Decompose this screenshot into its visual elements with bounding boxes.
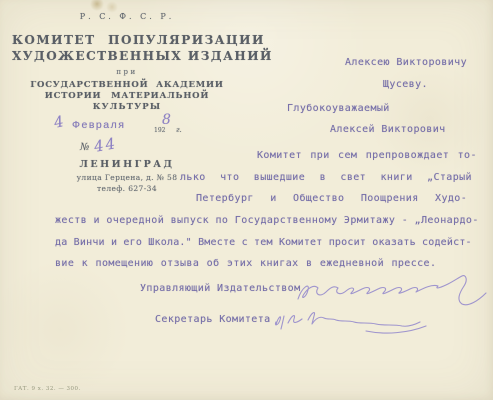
- recipient-name-line2: Щусеву.: [383, 79, 428, 90]
- body-line: лько что вышедшие в свет книги „Старый: [180, 172, 472, 183]
- academy-line2: ИСТОРИИ МАТЕРИАЛЬНОЙ: [12, 91, 242, 101]
- secretary-signature: [268, 306, 436, 338]
- pri-label: при: [12, 68, 242, 76]
- committee-name-line2: ХУДОЖЕСТВЕННЫХ ИЗДАНИЙ: [12, 49, 242, 63]
- body-line: да Винчи и его Школа." Вместе с тем Коми…: [55, 237, 472, 248]
- city-line: ЛЕНИНГРАД: [12, 159, 242, 170]
- number-sign: №: [80, 142, 89, 153]
- scanned-letter-page: Р. С. Ф. С. Р. КОМИТЕТ ПОПУЛЯРИЗАЦИИ ХУД…: [0, 0, 493, 400]
- academy-line1: ГОСУДАРСТВЕННОЙ АКАДЕМИИ: [12, 80, 242, 90]
- rsfsr-line: Р. С. Ф. С. Р.: [12, 12, 242, 21]
- phone-line: телеф. 627-34: [12, 184, 242, 193]
- body-line: Петербург и Общество Поощрения Худо-: [196, 193, 467, 204]
- manager-signature: [280, 272, 492, 310]
- committee-name-line1: КОМИТЕТ ПОПУЛЯРИЗАЦИИ: [12, 33, 242, 47]
- body-line: вие к помещению отзыва об этих книгах в …: [55, 258, 436, 269]
- body-line: Комитет при сем препровождает то-: [257, 150, 477, 161]
- body-line: жеств и очередной выпуск по Государствен…: [55, 215, 479, 226]
- handwritten-year-digit: 8: [162, 112, 171, 128]
- printers-mark: ГАТ. 9 х. 32. — 300.: [14, 386, 81, 392]
- salutation-line2: Алексей Викторович: [330, 124, 446, 135]
- recipient-name-line1: Алексею Викторовичу: [345, 57, 467, 68]
- year-suffix: г.: [176, 126, 182, 134]
- manager-title-label: Управляющий Издательством: [140, 283, 301, 294]
- salutation-line1: Глубокоуважаемый: [287, 103, 390, 114]
- month-stamp: Февраля: [72, 119, 125, 131]
- printed-year-prefix: 192: [154, 127, 165, 134]
- handwritten-day: 4: [52, 112, 65, 132]
- handwritten-number: 44: [93, 134, 119, 156]
- secretary-title-label: Секретарь Комитета: [155, 314, 271, 325]
- academy-line3: КУЛЬТУРЫ: [12, 102, 242, 112]
